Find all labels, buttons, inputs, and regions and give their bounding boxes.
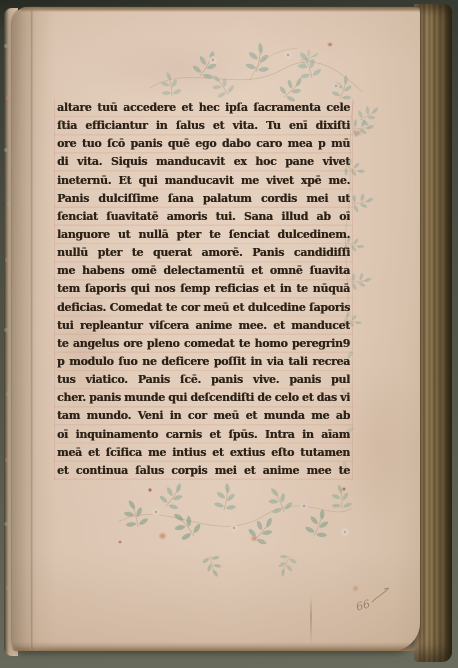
text-line: ore tuo ſcō panis quē ego dabo caro mea … — [57, 135, 350, 153]
gutter-crease — [30, 10, 33, 650]
text-line: Panis dulciſſime ſana palatum cordis mei… — [57, 190, 350, 208]
paint-spot — [354, 129, 362, 137]
text-line: et continua ſalus corpis mei et anime me… — [57, 462, 350, 480]
text-line: cher. panis munde qui deſcendiſti de cel… — [57, 389, 350, 407]
parchment-stain — [72, 33, 282, 103]
text-line: ineternū. Et qui manducavit me vivet xpē… — [57, 172, 350, 190]
facing-page-paint-flecks — [4, 44, 8, 48]
book-gutter — [12, 7, 56, 651]
text-line: tus viatico. Panis ſcē. panis vive. pani… — [57, 371, 350, 389]
text-line: nullū pter te querat amorē. Panis candid… — [57, 244, 350, 262]
text-line: tem ſaporis qui nos ſemp reficias et in … — [57, 280, 350, 298]
parchment-crease — [310, 596, 312, 646]
text-block: altare tuū accedere et hec ipſa ſacramen… — [54, 99, 353, 480]
paint-spot — [250, 535, 258, 542]
text-line: tui repleantur viſcera anime mee. et man… — [57, 317, 350, 335]
text-line: tam mundo. Veni in cor meū et munda me a… — [57, 407, 350, 425]
paint-spot — [327, 42, 333, 47]
text-line: oī inquinamento carnis et ſpūs. Intra in… — [57, 426, 350, 444]
text-line: di vita. Siquis manducavit ex hoc pane v… — [57, 153, 350, 171]
text-line: p modulo ſuo ne deficere poſſit in via t… — [57, 353, 350, 371]
text-line: ſtia efficiantur in ſalus et vita. Tu en… — [57, 117, 350, 135]
manuscript-photo: altare tuū accedere et hec ipſa ſacramen… — [0, 0, 458, 668]
text-line: deficias. Comedat te cor meū et dulcedin… — [57, 299, 350, 317]
text-line: me habens omē delectamentū et omnē ſuavi… — [57, 262, 350, 280]
text-line: ſenciat ſuavitatē amoris tui. Sana illud… — [57, 208, 350, 226]
paint-spot — [158, 532, 167, 540]
text-line: altare tuū accedere et hec ipſa ſacramen… — [57, 99, 350, 117]
text-line: te angelus ore pleno comedat te homo per… — [57, 335, 350, 353]
text-line: meā et ſcīfica me intius et extius eſto … — [57, 444, 350, 462]
paint-spot — [352, 585, 359, 592]
text-line: languore ut nullā pter te ſenciat dulced… — [57, 226, 350, 244]
